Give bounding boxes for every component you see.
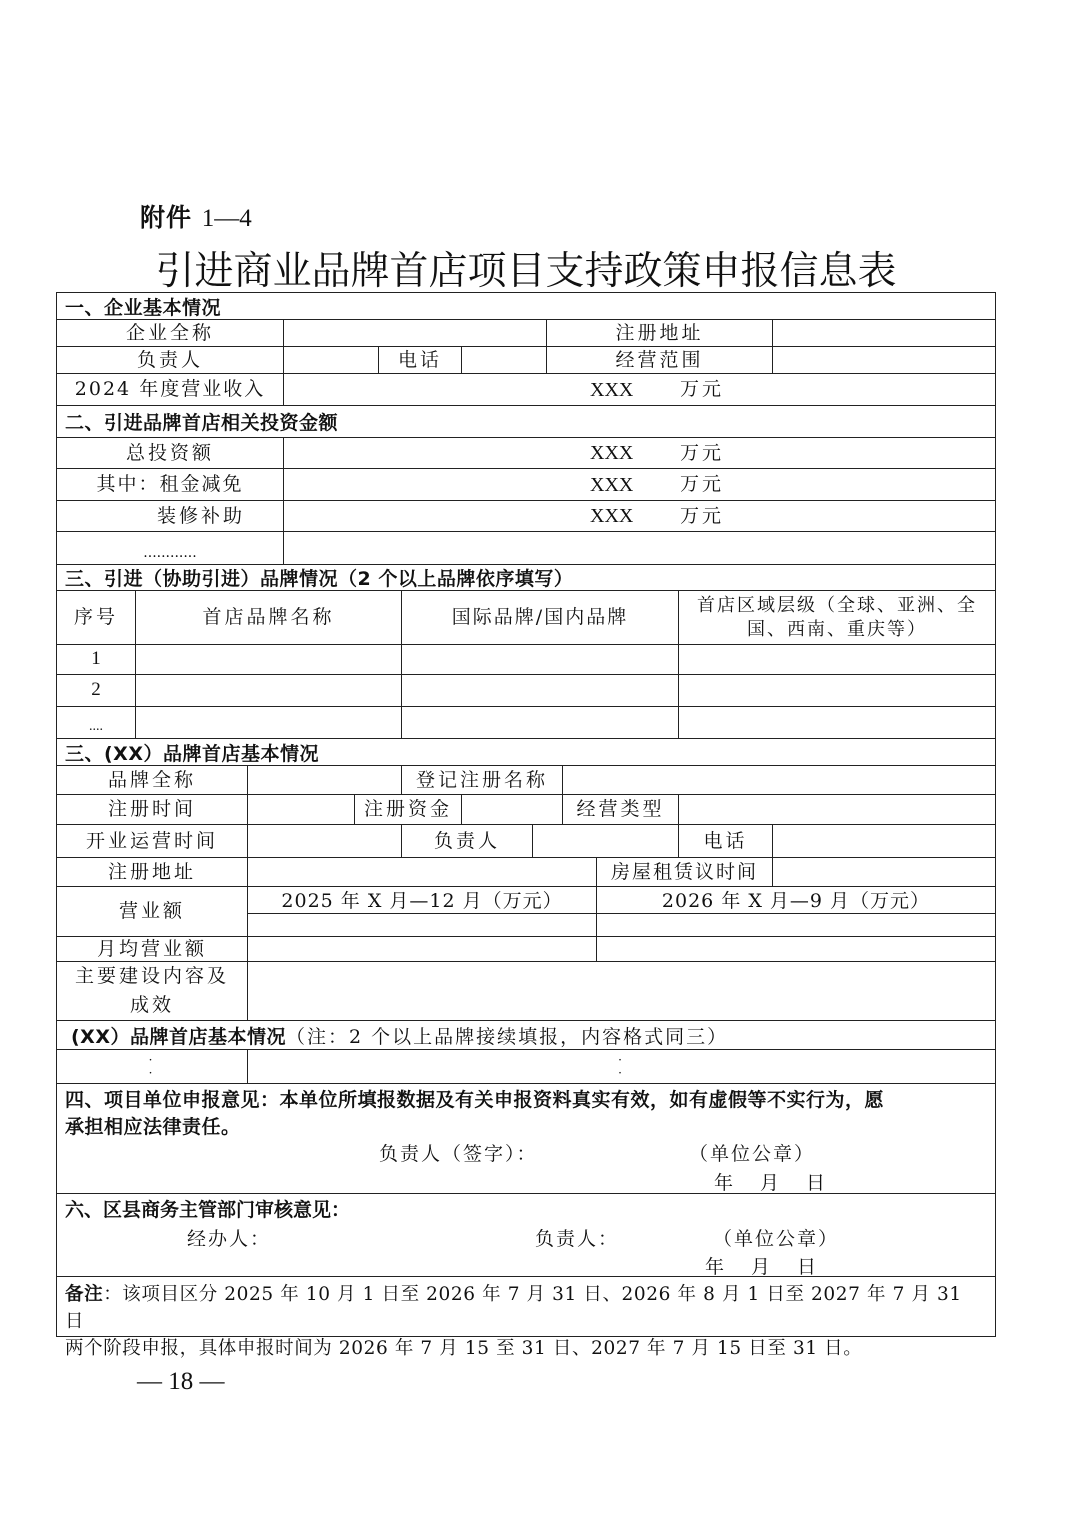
brand-full-name-field[interactable] <box>247 766 401 794</box>
dot: · <box>618 1067 625 1080</box>
section1-heading: 一、企业基本情况 <box>65 293 221 319</box>
section3b-heading-row: 三、(XX）品牌首店基本情况 <box>56 738 996 765</box>
reg-time-field[interactable] <box>247 795 354 824</box>
rent-reduction-label: 其中：租金减免 <box>57 469 283 500</box>
renovation-row: 装修补助 XXX 万元 <box>56 500 996 531</box>
person-label: 负责人 <box>57 347 283 373</box>
brand-name-field[interactable] <box>135 675 401 706</box>
investment-more-row: ............ <box>56 531 996 564</box>
region-level-field[interactable] <box>678 675 995 706</box>
monthly-revenue-field-1[interactable] <box>247 937 596 961</box>
annex-number: 1—4 <box>202 205 252 232</box>
reg-name-field[interactable] <box>562 766 995 794</box>
section3b-heading: 三、(XX）品牌首店基本情况 <box>65 739 319 765</box>
brand-type-field[interactable] <box>401 675 678 706</box>
brand-phone-label: 电话 <box>678 825 772 857</box>
section3c-heading-row: (XX）品牌首店基本情况 （注：2 个以上品牌接续填报，内容格式同三） <box>56 1020 996 1049</box>
revenue-label-text: 2024 年度营业收入 <box>75 377 265 402</box>
brand-phone-field[interactable] <box>772 825 995 857</box>
row-index: 2 <box>57 675 135 706</box>
section4-declaration: 四、项目单位申报意见：本单位所填报数据及有关申报资料真实有效，如有虚假等不实行为… <box>65 1087 987 1141</box>
col-region-level-line2: 国、西南、重庆等） <box>747 618 927 641</box>
reg-time-label: 注册时间 <box>57 795 247 824</box>
investment-field[interactable]: XXX 万元 <box>283 438 995 468</box>
col-brand-name: 首店品牌名称 <box>135 591 401 644</box>
reg-capital-field[interactable] <box>461 795 562 824</box>
section6-heading: 六、区县商务主管部门审核意见： <box>65 1197 987 1224</box>
monthly-revenue-field-2[interactable] <box>596 937 995 961</box>
table-row: 1 <box>56 644 996 674</box>
main-content-row: 主要建设内容及 成效 <box>56 961 996 1020</box>
revenue-unit: 万元 <box>680 377 724 402</box>
open-time-label: 开业运营时间 <box>57 825 247 857</box>
phone-label: 电话 <box>378 347 461 373</box>
brand-name-field[interactable] <box>135 645 401 674</box>
revenue-field[interactable]: XXX 万元 <box>283 374 995 405</box>
section2-heading-row: 二、引进品牌首店相关投资金额 <box>56 405 996 437</box>
brand-address-label: 注册地址 <box>57 858 247 886</box>
remarks-row: 备注：该项目区分 2025 年 10 月 1 日至 2026 年 7 月 31 … <box>56 1276 996 1337</box>
renovation-label: 装修补助 <box>57 501 283 531</box>
section1-heading-row: 一、企业基本情况 <box>56 292 996 319</box>
investment-more-label: ............ <box>57 532 283 564</box>
rent-reduction-field[interactable]: XXX 万元 <box>283 469 995 500</box>
remarks-line2: 两个阶段申报，具体申报时间为 2026 年 7 月 15 至 31 日、2027… <box>65 1335 987 1362</box>
section3c-heading: (XX）品牌首店基本情况 （注：2 个以上品牌接续填报，内容格式同三） <box>71 1021 728 1049</box>
section3a-heading-row: 三、引进（协助引进）品牌情况（2 个以上品牌依序填写） <box>56 564 996 590</box>
section3c-heading-note: （注：2 个以上品牌接续填报，内容格式同三） <box>286 1022 728 1049</box>
annex-label-text: 附件 <box>140 203 192 232</box>
monthly-revenue-label: 月均营业额 <box>57 937 247 961</box>
open-time-field[interactable] <box>247 825 401 857</box>
brand-revenue-label: 营业额 <box>57 887 247 936</box>
monthly-revenue-row: 月均营业额 <box>56 936 996 961</box>
open-time-row: 开业运营时间 负责人 电话 <box>56 824 996 857</box>
page-number: — 18 — <box>137 1368 225 1396</box>
remarks-text: 备注：该项目区分 2025 年 10 月 1 日至 2026 年 7 月 31 … <box>65 1281 987 1362</box>
row-index: 1 <box>57 645 135 674</box>
person-field[interactable] <box>283 347 378 373</box>
rent-reduction-row: 其中：租金减免 XXX 万元 <box>56 468 996 500</box>
investment-unit: 万元 <box>680 441 724 466</box>
section4-declaration-line1: 四、项目单位申报意见：本单位所填报数据及有关申报资料真实有效，如有虚假等不实行为… <box>65 1087 987 1114</box>
reg-time-row: 注册时间 注册资金 经营类型 <box>56 794 996 824</box>
investment-value: XXX <box>590 440 633 466</box>
renovation-unit: 万元 <box>680 504 724 529</box>
col-region-level-line1: 首店区域层级（全球、亚洲、全 <box>697 594 977 617</box>
section3a-heading: 三、引进（协助引进）品牌情况（2 个以上品牌依序填写） <box>65 565 573 590</box>
section2-heading: 二、引进品牌首店相关投资金额 <box>65 406 338 437</box>
business-scope-label: 经营范围 <box>546 347 772 373</box>
brand-person-field[interactable] <box>532 825 678 857</box>
section6-row: 六、区县商务主管部门审核意见： 经办人： 负责人： （单位公章） 年 月 日 <box>56 1193 996 1276</box>
brand-table-header: 序号 首店品牌名称 国际品牌/国内品牌 首店区域层级（全球、亚洲、全 国、西南、… <box>56 590 996 644</box>
application-form: 一、企业基本情况 企业全称 注册地址 负责人 电话 经营范围 2024 年度营业… <box>56 292 996 1337</box>
revenue-row: 2024 年度营业收入 XXX 万元 <box>56 373 996 405</box>
section3c-continuation-row: · · · · <box>56 1049 996 1083</box>
annex-label: 附件 1—4 <box>140 198 252 234</box>
brand-address-field[interactable] <box>247 858 596 886</box>
remarks-line1: 备注：该项目区分 2025 年 10 月 1 日至 2026 年 7 月 31 … <box>65 1281 987 1335</box>
brand-type-field[interactable] <box>401 645 678 674</box>
brand-address-row: 注册地址 房屋租赁议时间 <box>56 857 996 886</box>
region-level-field[interactable] <box>678 707 995 738</box>
main-content-label-line1: 主要建设内容及 <box>75 962 229 991</box>
brand-name-row: 品牌全称 登记注册名称 <box>56 765 996 794</box>
company-name-row: 企业全称 注册地址 <box>56 319 996 346</box>
row-index: .... <box>57 707 135 738</box>
revenue-value: XXX <box>590 377 633 403</box>
remarks-line1-text: ：该项目区分 2025 年 10 月 1 日至 2026 年 7 月 31 日、… <box>65 1284 962 1332</box>
business-type-field[interactable] <box>678 795 995 824</box>
rent-reduction-value: XXX <box>590 472 633 498</box>
reg-name-label: 登记注册名称 <box>401 766 562 794</box>
dot: · <box>618 1054 625 1067</box>
investment-label: 总投资额 <box>57 438 283 468</box>
rent-reduction-unit: 万元 <box>680 472 724 497</box>
revenue-period1-field[interactable] <box>248 914 596 936</box>
section4-signature-area[interactable] <box>357 1134 985 1189</box>
company-name-label: 企业全称 <box>57 320 283 346</box>
investment-more-field[interactable] <box>283 532 995 564</box>
section4-row: 四、项目单位申报意见：本单位所填报数据及有关申报资料真实有效，如有虚假等不实行为… <box>56 1083 996 1193</box>
renovation-field[interactable]: XXX 万元 <box>283 501 995 531</box>
company-name-field[interactable] <box>283 320 546 346</box>
main-content-label-line2: 成效 <box>130 991 174 1020</box>
revenue-period2-field[interactable] <box>597 914 995 936</box>
page-title: 引进商业品牌首店项目支持政策申报信息表 <box>56 240 996 296</box>
section3c-heading-bold: (XX）品牌首店基本情况 <box>71 1022 286 1049</box>
region-level-field[interactable] <box>678 645 995 674</box>
continuation-dots-left: · · <box>57 1050 247 1083</box>
remarks-label: 备注 <box>65 1284 103 1305</box>
business-scope-field[interactable] <box>772 347 995 373</box>
continuation-dots-right[interactable]: · · <box>247 1050 995 1083</box>
col-brand-type: 国际品牌/国内品牌 <box>401 591 678 644</box>
col-index: 序号 <box>57 591 135 644</box>
business-type-label: 经营类型 <box>562 795 678 824</box>
dot: · <box>149 1054 156 1067</box>
section6-review-area[interactable] <box>157 1222 985 1272</box>
main-content-label: 主要建设内容及 成效 <box>57 962 247 1020</box>
lease-time-label: 房屋租赁议时间 <box>596 858 772 886</box>
lease-time-field[interactable] <box>772 858 995 886</box>
revenue-label: 2024 年度营业收入 <box>57 374 283 405</box>
brand-type-field[interactable] <box>401 707 678 738</box>
table-row: 2 <box>56 674 996 706</box>
reg-address-field[interactable] <box>772 320 995 346</box>
main-content-field[interactable] <box>247 962 995 1020</box>
person-row: 负责人 电话 经营范围 <box>56 346 996 373</box>
table-row: .... <box>56 706 996 738</box>
brand-full-name-label: 品牌全称 <box>57 766 247 794</box>
brand-person-label: 负责人 <box>401 825 532 857</box>
reg-address-label: 注册地址 <box>546 320 772 346</box>
col-region-level: 首店区域层级（全球、亚洲、全 国、西南、重庆等） <box>678 591 995 644</box>
revenue-periods-row: 营业额 2025 年 X 月—12 月（万元） 2026 年 X 月—9 月（万… <box>56 886 996 936</box>
phone-field[interactable] <box>461 347 546 373</box>
reg-capital-label: 注册资金 <box>354 795 461 824</box>
brand-name-field[interactable] <box>135 707 401 738</box>
renovation-value: XXX <box>590 503 633 529</box>
investment-row: 总投资额 XXX 万元 <box>56 437 996 468</box>
dot: · <box>149 1067 156 1080</box>
